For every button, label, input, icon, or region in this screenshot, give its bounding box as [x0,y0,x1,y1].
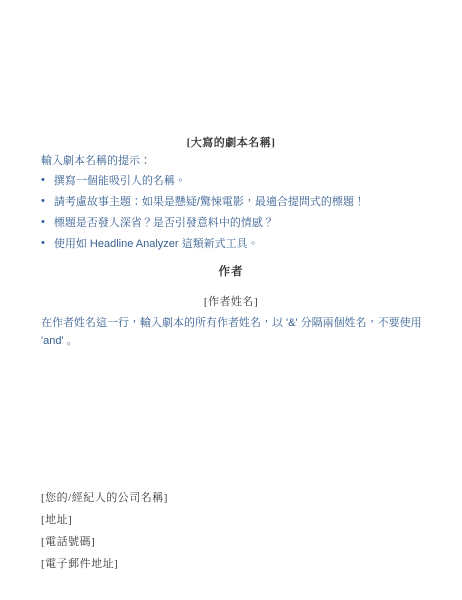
tip-text: 使用如 Headline Analyzer 這類新式工具。 [54,237,259,251]
tip-text: 請考慮故事主題：如果是懸疑/驚悚電影，最適合提問式的標題！ [54,195,365,209]
phone-number-placeholder[interactable]: [電話號碼] [41,533,168,549]
bullet-icon: • [41,236,45,250]
tip-item: • 撰寫一個能吸引人的名稱。 [41,174,434,195]
tips-intro-text: 輸入劇本名稱的提示： [41,152,432,168]
tip-item: • 標題是否發人深省？是否引發意料中的情感？ [41,216,434,237]
script-title-placeholder[interactable]: [大寫的劇本名稱] [0,134,462,150]
author-section-heading: 作者 [0,263,462,279]
author-name-placeholder[interactable]: [作者姓名] [0,293,462,309]
company-name-placeholder[interactable]: [您的/經紀人的公司名稱] [41,489,168,505]
author-note-text: 在作者姓名這一行，輸入劇本的所有作者姓名，以 '&' 分隔兩個姓名，不要使用 '… [41,314,427,350]
tip-item: • 使用如 Headline Analyzer 這類新式工具。 [41,237,434,258]
bullet-icon: • [41,173,45,187]
email-address-placeholder[interactable]: [電子郵件地址] [41,555,168,571]
tip-item: • 請考慮故事主題：如果是懸疑/驚悚電影，最適合提問式的標題！ [41,195,434,216]
document-page: [大寫的劇本名稱] 輸入劇本名稱的提示： • 撰寫一個能吸引人的名稱。 • 請考… [0,0,462,600]
bullet-icon: • [41,194,45,208]
contact-block: [您的/經紀人的公司名稱] [地址] [電話號碼] [電子郵件地址] [41,489,168,577]
tip-text: 標題是否發人深省？是否引發意料中的情感？ [54,216,274,230]
tip-text: 撰寫一個能吸引人的名稱。 [54,174,186,188]
bullet-icon: • [41,215,45,229]
address-placeholder[interactable]: [地址] [41,511,168,527]
tips-list: • 撰寫一個能吸引人的名稱。 • 請考慮故事主題：如果是懸疑/驚悚電影，最適合提… [41,174,434,258]
